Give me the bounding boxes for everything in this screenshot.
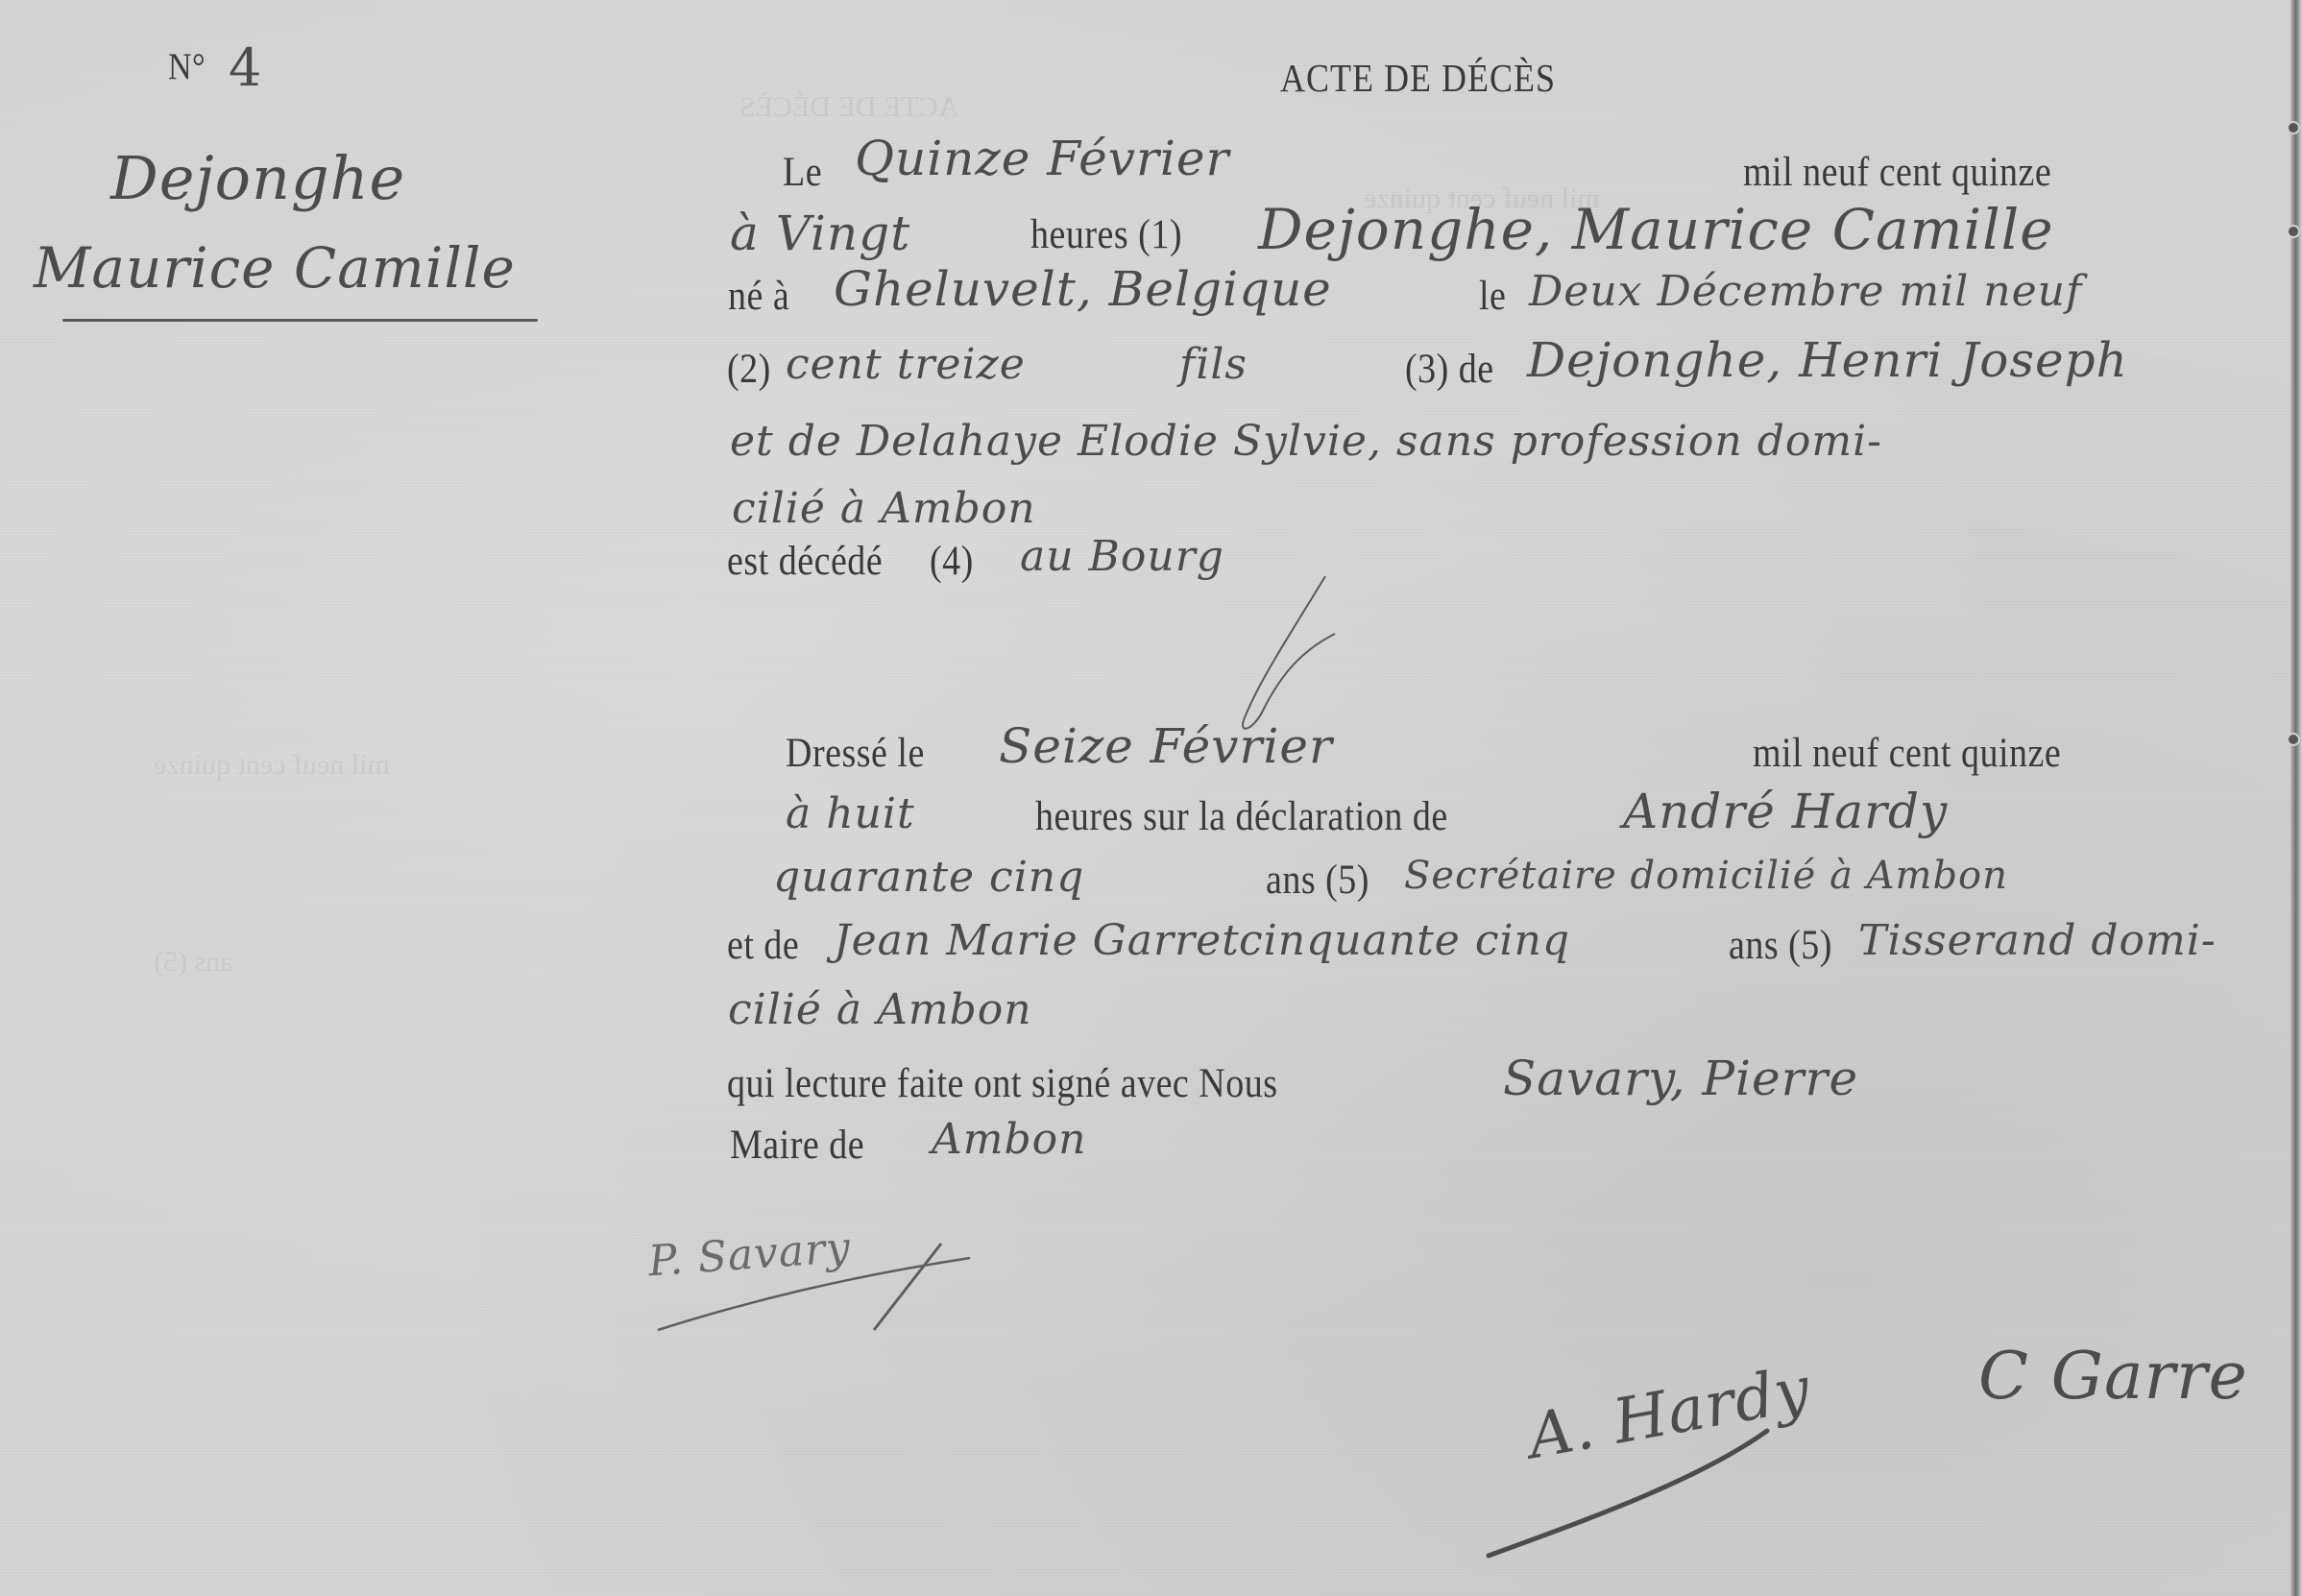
drawn-up-time: à huit — [786, 793, 915, 835]
et-de-label: et de — [727, 924, 799, 966]
binding-stitch — [2289, 227, 2298, 236]
signature-underline — [1479, 1421, 1786, 1565]
mother-and-profession: et de Delahaye Elodie Sylvie, sans profe… — [730, 421, 1882, 463]
drawn-up-date: Seize Février — [999, 722, 1333, 770]
mayor-label: Maire de — [730, 1124, 864, 1166]
heures-label: heures (1) — [1030, 213, 1182, 255]
book-gutter — [2290, 0, 2302, 1596]
entry-number-label: N° — [168, 49, 206, 86]
binding-stitch — [2289, 123, 2298, 133]
residence: cilié à Ambon — [732, 488, 1036, 530]
ans-label-1: ans (5) — [1266, 858, 1369, 901]
death-date: Quinze Février — [855, 134, 1229, 182]
death-certificate-page: ACTE DE DÉCÈS mil neuf cent quinze mil n… — [0, 0, 2302, 1596]
declarant1-occupation: Secrétaire domicilié à Ambon — [1404, 857, 2008, 895]
handwriting-stroke — [1220, 567, 1345, 739]
father-name: Dejonghe, Henri Joseph — [1527, 336, 2128, 384]
declarant2-name: Jean Marie Garret — [834, 920, 1240, 962]
death-time: à Vingt — [730, 209, 910, 257]
birthplace: Gheluvelt, Belgique — [834, 265, 1332, 313]
note-4-label: (4) — [930, 540, 974, 582]
signature-flourish — [653, 1239, 980, 1344]
ans-label-2: ans (5) — [1729, 924, 1832, 966]
declaration-label: heures sur la déclaration de — [1035, 795, 1448, 837]
birthdate-line1: Deux Décembre mil neuf — [1529, 271, 2082, 313]
bleed-through-text: ans (5) — [154, 946, 232, 979]
le-birth-label: le — [1479, 275, 1506, 317]
commune: Ambon — [932, 1119, 1087, 1161]
margin-surname: Dejonghe — [110, 149, 405, 208]
le-label: Le — [783, 151, 822, 193]
binding-stitch — [2289, 735, 2298, 744]
declarant2-age: cinquante cinq — [1239, 920, 1570, 962]
declarant2-occupation: Tisserand domi- — [1858, 920, 2217, 962]
drawn-up-label: Dressé le — [786, 732, 925, 774]
entry-number: 4 — [229, 42, 262, 94]
margin-name-underline — [62, 319, 538, 322]
note-3-label: (3) de — [1405, 348, 1494, 390]
born-label: né à — [728, 275, 789, 317]
document-title: ACTE DE DÉCÈS — [1280, 59, 1556, 98]
declarant1-age: quarante cinq — [773, 857, 1084, 899]
signed-label: qui lecture faite ont signé avec Nous — [727, 1062, 1278, 1104]
declarant2-signature: C Garre — [1978, 1344, 2248, 1410]
birthdate-line2: cent treize — [786, 344, 1026, 386]
died-label: est décédé — [727, 540, 883, 582]
mayor-name: Savary, Pierre — [1503, 1054, 1858, 1102]
bleed-through-text: ACTE DE DÉCÈS — [739, 91, 958, 124]
margin-given-names: Maurice Camille — [34, 240, 516, 296]
deceased-name: Dejonghe, Maurice Camille — [1258, 202, 2054, 257]
bleed-through-text: mil neuf cent quinze — [154, 749, 390, 782]
note-2-label: (2) — [727, 348, 771, 390]
relation: fils — [1179, 344, 1248, 386]
declarant2-residence: cilié à Ambon — [728, 989, 1032, 1031]
declarant1-name: André Hardy — [1623, 787, 1948, 835]
drawn-up-year: mil neuf cent quinze — [1753, 732, 2061, 774]
death-year: mil neuf cent quinze — [1743, 151, 2051, 193]
death-place: au Bourg — [1020, 536, 1224, 578]
